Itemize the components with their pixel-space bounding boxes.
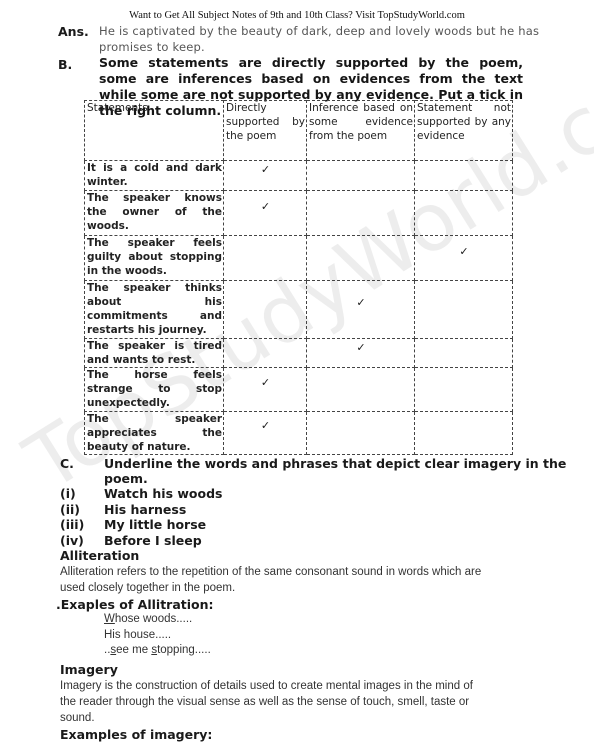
check-mark-icon: ✓	[226, 412, 305, 433]
underlined-letter: s	[110, 644, 116, 656]
underlined-letter: s	[151, 644, 157, 656]
imagery-definition-line-1: Imagery is the construction of details u…	[60, 678, 473, 695]
tick-cell[interactable]	[415, 412, 513, 455]
list-item-number: (iv)	[60, 533, 104, 548]
tick-cell[interactable]	[224, 339, 307, 368]
statement-cell: It is a cold and dark winter.	[85, 161, 224, 191]
check-mark-icon: ✓	[309, 281, 413, 310]
table-row: The speaker thinks about his commitments…	[85, 281, 513, 339]
alliteration-example-3: ..see me stopping.....	[104, 644, 211, 656]
list-item-text: Before I sleep	[104, 533, 202, 548]
tick-cell[interactable]: ✓	[307, 339, 415, 368]
section-b-label: B.	[58, 57, 72, 72]
statement-cell: The speaker knows the owner of the woods…	[85, 191, 224, 236]
tick-cell[interactable]	[415, 191, 513, 236]
imagery-list-item: (ii)His harness	[60, 502, 186, 517]
section-c-instruction-line-2: poem.	[104, 471, 148, 486]
tick-cell[interactable]	[415, 368, 513, 412]
table-row: The horse feels strange to stop unexpect…	[85, 368, 513, 412]
header-directly-supported: Directly supported by the poem	[224, 101, 307, 161]
tick-cell[interactable]	[415, 281, 513, 339]
table-header-row: Statements Directly supported by the poe…	[85, 101, 513, 161]
tick-cell[interactable]	[307, 161, 415, 191]
section-c-label: C.	[60, 456, 74, 471]
section-c-instruction-line-1: Underline the words and phrases that dep…	[104, 456, 566, 471]
statement-cell: The speaker is tired and wants to rest.	[85, 339, 224, 368]
alliteration-definition-line-2: used closely together in the poem.	[60, 580, 235, 597]
tick-cell[interactable]: ✓	[224, 191, 307, 236]
statement-cell: The horse feels strange to stop unexpect…	[85, 368, 224, 412]
check-mark-icon: ✓	[417, 236, 511, 259]
list-item-number: (i)	[60, 486, 104, 501]
answer-line-2: promises to keep.	[99, 40, 205, 55]
alliteration-example-1: Whose woods.....	[104, 613, 192, 625]
imagery-definition-line-3: sound.	[60, 710, 95, 727]
list-item-text: Watch his woods	[104, 486, 223, 501]
table-row: It is a cold and dark winter.✓	[85, 161, 513, 191]
statements-table: Statements Directly supported by the poe…	[84, 100, 513, 455]
table-row: The speaker appreciates the beauty of na…	[85, 412, 513, 455]
check-mark-icon: ✓	[309, 339, 413, 355]
answer-line-1: He is captivated by the beauty of dark, …	[99, 24, 539, 39]
tick-cell[interactable]: ✓	[307, 281, 415, 339]
statement-cell: The speaker feels guilty about stopping …	[85, 236, 224, 281]
imagery-list-item: (iv)Before I sleep	[60, 533, 202, 548]
header-inference: Inference based on some evidence from th…	[307, 101, 415, 161]
imagery-list-item: (i)Watch his woods	[60, 486, 223, 501]
tick-cell[interactable]	[415, 339, 513, 368]
table-row: The speaker is tired and wants to rest.✓	[85, 339, 513, 368]
imagery-list-item: (iii)My little horse	[60, 517, 206, 532]
banner-link[interactable]: Want to Get All Subject Notes of 9th and…	[0, 10, 594, 21]
list-item-number: (ii)	[60, 502, 104, 517]
tick-cell[interactable]: ✓	[415, 236, 513, 281]
tick-cell[interactable]: ✓	[224, 412, 307, 455]
check-mark-icon: ✓	[226, 191, 305, 214]
alliteration-heading: Alliteration	[60, 548, 139, 563]
statement-cell: The speaker thinks about his commitments…	[85, 281, 224, 339]
tick-cell[interactable]: ✓	[224, 161, 307, 191]
statement-cell: The speaker appreciates the beauty of na…	[85, 412, 224, 455]
alliteration-example-2: His house.....	[104, 629, 171, 641]
header-statements: Statements	[85, 101, 224, 161]
tick-cell[interactable]	[307, 236, 415, 281]
header-not-supported: Statement not supported by any evidence	[415, 101, 513, 161]
example-text: hose woods.....	[115, 613, 192, 625]
imagery-definition-line-2: the reader through the visual sense as w…	[60, 694, 469, 711]
check-mark-icon: ✓	[226, 161, 305, 177]
check-mark-icon: ✓	[226, 368, 305, 390]
tick-cell[interactable]	[224, 281, 307, 339]
alliteration-examples-heading: .Exaples of Allitration:	[56, 597, 214, 612]
tick-cell[interactable]	[307, 191, 415, 236]
list-item-text: My little horse	[104, 517, 206, 532]
tick-cell[interactable]	[415, 161, 513, 191]
tick-cell[interactable]	[307, 412, 415, 455]
document-page: TopStudyWorld.com Want to Get All Subjec…	[0, 0, 594, 755]
imagery-heading: Imagery	[60, 662, 118, 677]
table-row: The speaker feels guilty about stopping …	[85, 236, 513, 281]
answer-label: Ans.	[58, 24, 89, 39]
table-row: The speaker knows the owner of the woods…	[85, 191, 513, 236]
alliteration-definition-line-1: Alliteration refers to the repetition of…	[60, 564, 481, 581]
list-item-text: His harness	[104, 502, 186, 517]
list-item-number: (iii)	[60, 517, 104, 532]
tick-cell[interactable]: ✓	[224, 368, 307, 412]
tick-cell[interactable]	[307, 368, 415, 412]
underlined-letter: W	[104, 613, 115, 625]
imagery-examples-heading: Examples of imagery:	[60, 727, 212, 742]
tick-cell[interactable]	[224, 236, 307, 281]
